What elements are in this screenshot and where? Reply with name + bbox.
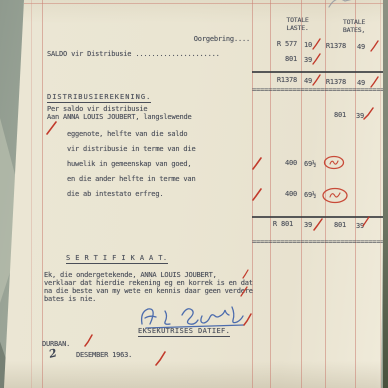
red-tick-icon xyxy=(252,157,262,170)
column-header-laste-line1: TOTALE xyxy=(270,16,325,24)
indented-line-1: eggenote, helfte van die saldo xyxy=(67,130,187,138)
scanned-document-view: TOTALE LASTE. TOTALE BATES, Oorgebring..… xyxy=(0,0,388,388)
money-column-line-6 xyxy=(380,0,381,388)
red-tick-icon xyxy=(46,121,57,135)
saldo-bates-amount: 801 xyxy=(318,111,346,119)
bates-cents-row1: 49 xyxy=(357,43,365,51)
column-header-laste-line2: LASTE. xyxy=(270,24,325,32)
laste-cents-row2: 39 xyxy=(304,56,312,64)
sertifikaat-heading: S E R T I F I K A A T. xyxy=(66,254,168,264)
column-header-bates-line1: TOTALE xyxy=(325,18,383,26)
saldo-distribusie-label: SALDO vir Distribusie ..................… xyxy=(47,50,220,58)
indented-line-3: huwelik in gemeenskap van goed, xyxy=(67,160,191,168)
laste-total2-cents: 39 xyxy=(304,221,312,229)
double-dash-separator-1: ================================= xyxy=(252,86,384,94)
red-tick-icon xyxy=(312,38,321,50)
red-oval-annotation xyxy=(323,155,345,170)
bates-amount-row1: R1378 xyxy=(318,42,346,50)
margin-line-faint xyxy=(31,0,32,388)
bates-total1: R1378 xyxy=(318,78,346,86)
laste-total1: R1378 xyxy=(262,76,297,84)
certificate-line-4: bates is nie. xyxy=(44,295,96,303)
indented-line-4: en die ander helfte in terme van xyxy=(67,175,195,183)
half1-cents: 69½ xyxy=(304,160,316,168)
red-tick-icon xyxy=(362,216,370,227)
half2-amount: 400 xyxy=(262,190,297,198)
red-tick-icon xyxy=(312,74,321,86)
money-column-line-3 xyxy=(301,0,302,388)
margin-line xyxy=(42,0,43,388)
indented-line-2: vir distribusie in terme van die xyxy=(67,145,195,153)
scanner-background-right-edge xyxy=(383,0,388,388)
laste-total1-cents: 49 xyxy=(304,77,312,85)
laste-cents-row1: 10 xyxy=(304,41,312,49)
double-dash-separator-2: ================================= xyxy=(252,238,384,246)
half2-cents: 69½ xyxy=(304,191,316,199)
red-tick-icon xyxy=(370,40,379,52)
red-tick-icon xyxy=(312,53,321,65)
red-tick-icon xyxy=(155,351,166,366)
laste-amount-row2: 801 xyxy=(262,55,297,63)
place-label: DURBAN. xyxy=(42,340,70,348)
indented-line-5: die ab intestato erfreg. xyxy=(67,190,163,198)
red-tick-icon xyxy=(242,269,249,279)
column-header-bates-line2: BATES, xyxy=(325,26,383,34)
document-page: TOTALE LASTE. TOTALE BATES, Oorgebring..… xyxy=(0,0,388,388)
per-saldo-line: Per saldo vir distribusie xyxy=(47,105,147,113)
certificate-line-3: na die beste van my wete en kennis daar … xyxy=(44,287,253,295)
aan-anna-line: Aan ANNA LOUIS JOUBERT, langslewende xyxy=(47,113,192,121)
red-tick-icon xyxy=(84,334,93,347)
oorgebring-label: Oorgebring.... xyxy=(150,35,250,43)
half1-amount: 400 xyxy=(262,159,297,167)
money-column-line-5 xyxy=(355,0,356,388)
totals-rule-1 xyxy=(252,71,388,73)
red-oval-annotation xyxy=(321,187,349,204)
certificate-line-2: verklaar dat hierdie rekening eg en korr… xyxy=(44,279,253,287)
distribusierekening-heading: DISTRIBUSIEREKENING. xyxy=(47,93,151,103)
red-tick-icon xyxy=(370,76,379,88)
eksekutrises-datief-label: EKSEKUTRISES DATIEF. xyxy=(138,327,230,337)
red-tick-icon xyxy=(240,286,248,297)
pencil-page-note xyxy=(326,0,356,10)
red-tick-icon xyxy=(252,188,262,201)
red-tick-icon xyxy=(243,313,252,326)
certificate-line-1: Ek, die ondergetekende, ANNA LOUIS JOUBE… xyxy=(44,271,217,279)
red-tick-icon xyxy=(313,218,323,231)
date-label: DESEMBER 1963. xyxy=(76,351,132,359)
laste-amount-row1: R 577 xyxy=(262,40,297,48)
red-tick-icon xyxy=(363,107,374,120)
laste-total2: R 801 xyxy=(256,220,293,228)
